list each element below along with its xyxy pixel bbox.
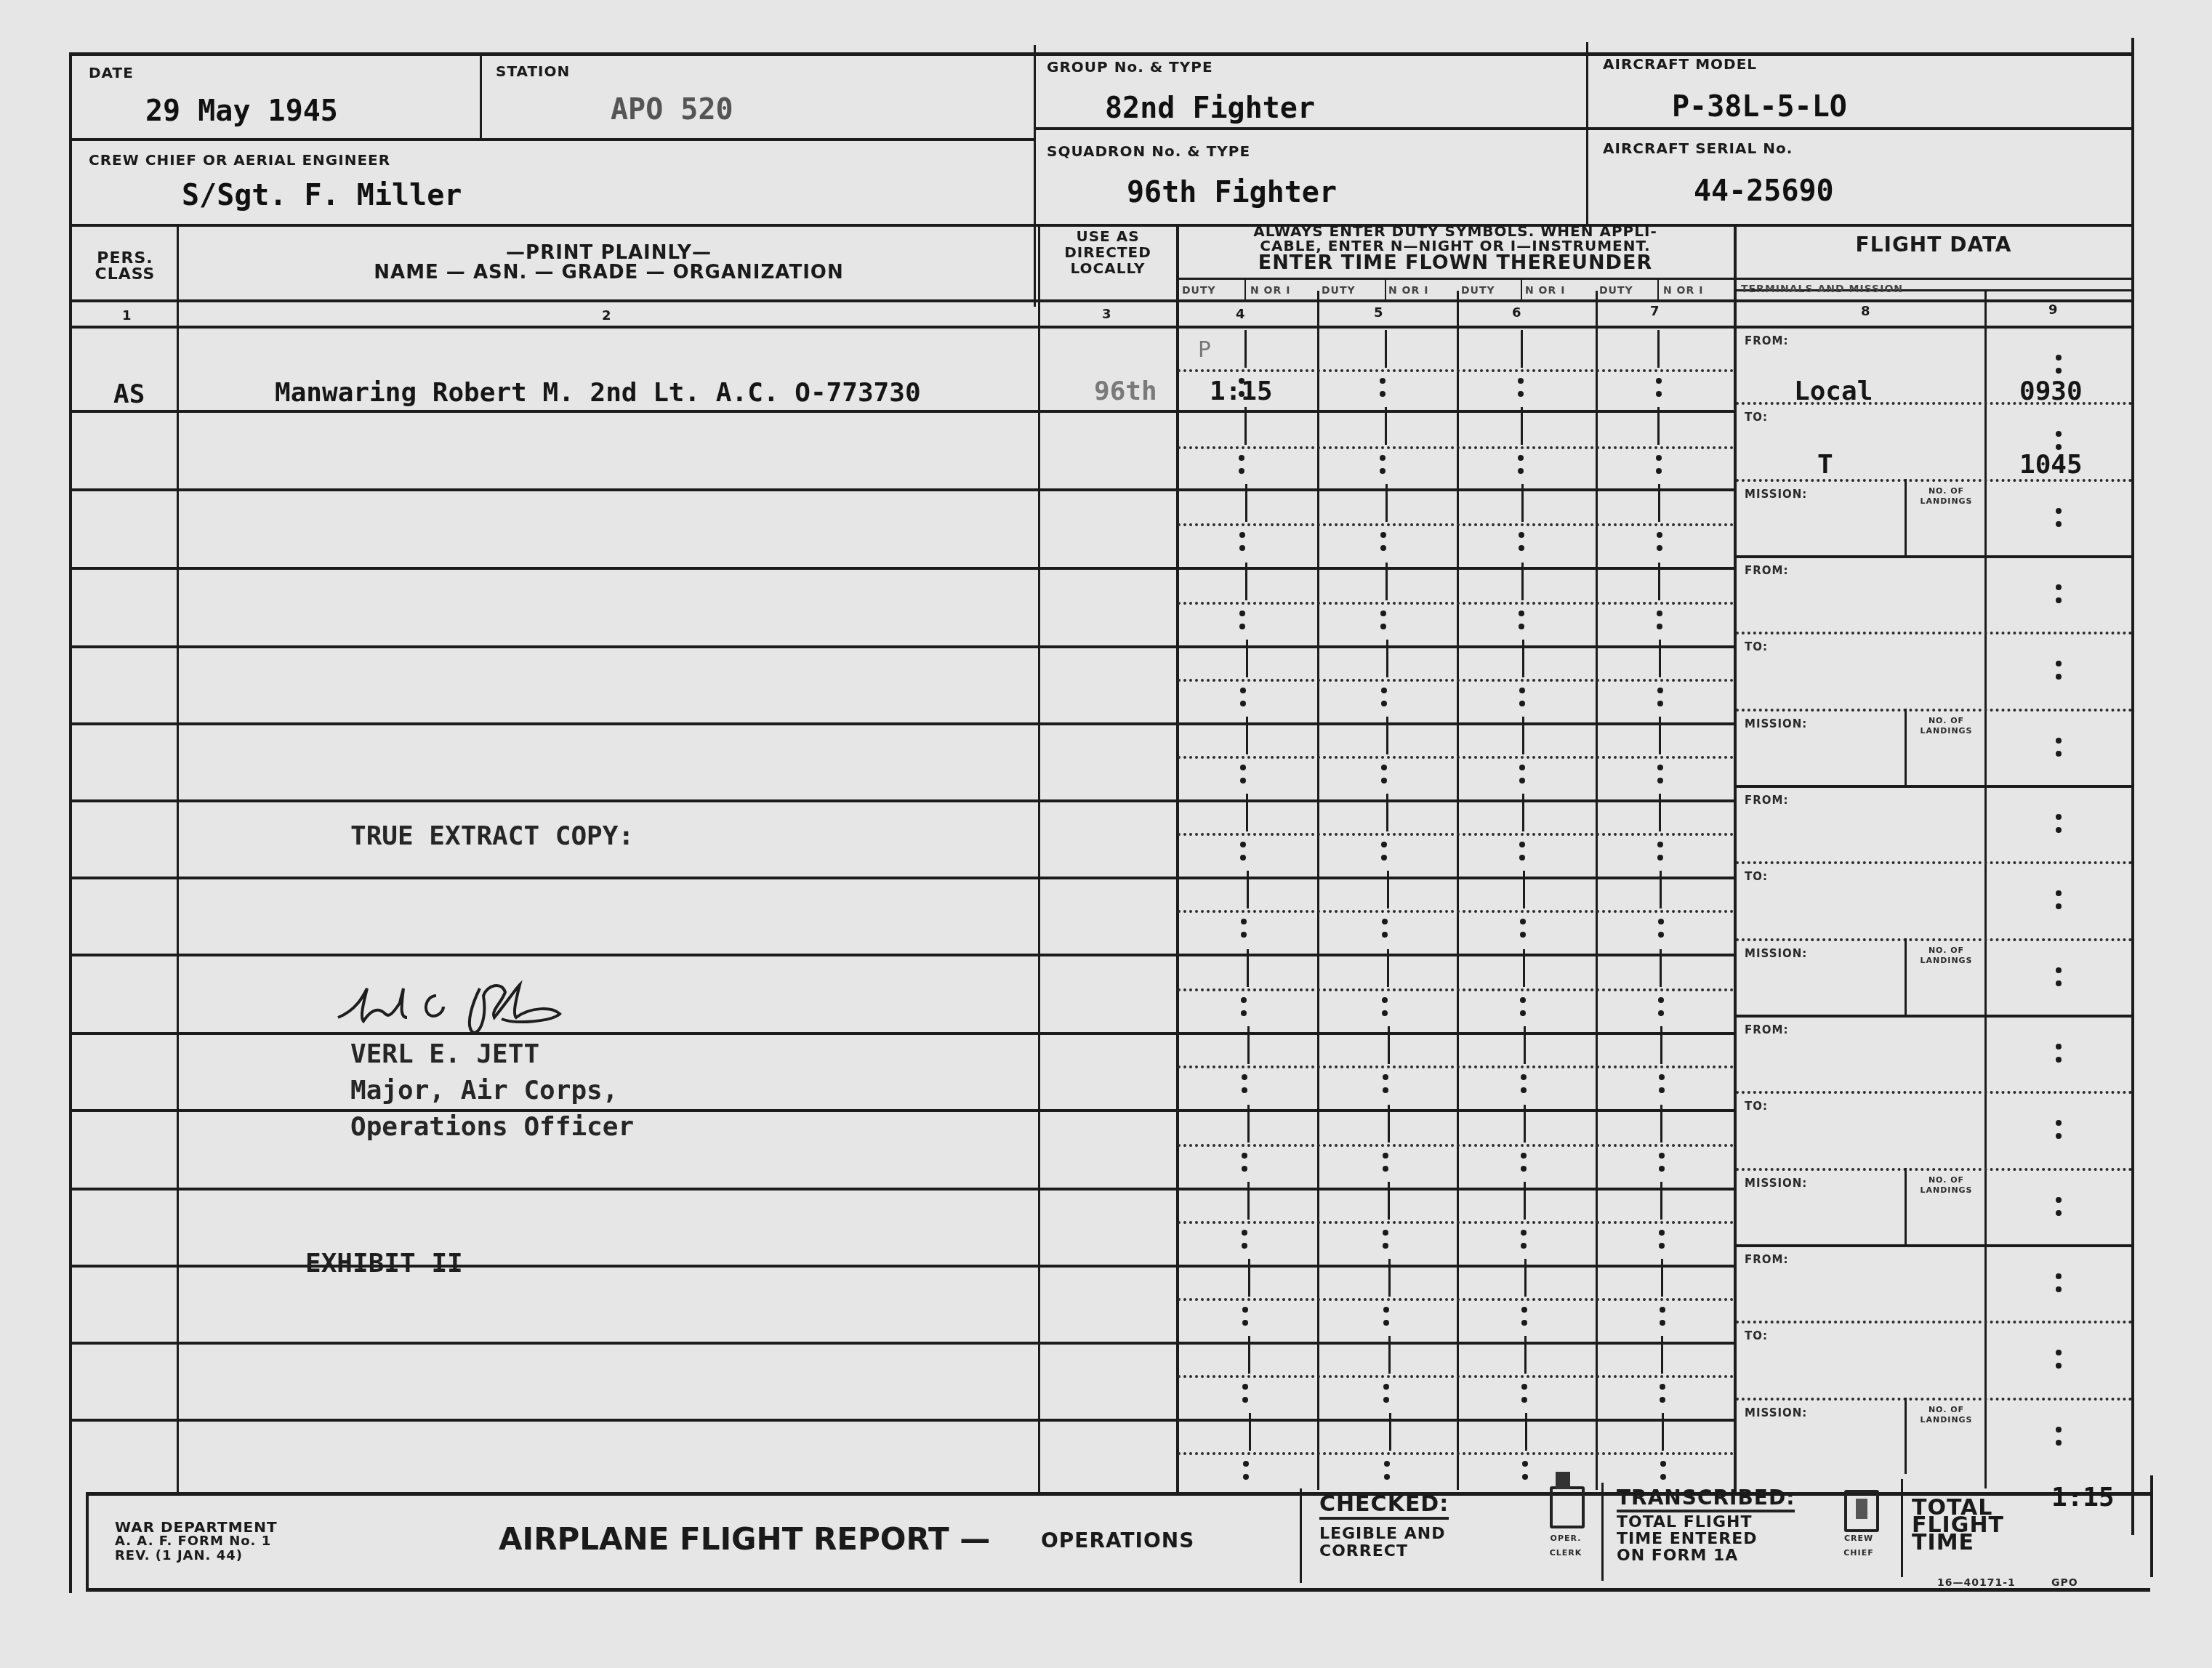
col-divider-2 — [1038, 224, 1040, 1496]
duty-instructions-3: ENTER TIME FLOWN THEREUNDER — [1179, 251, 1732, 274]
divider — [69, 224, 2133, 227]
duty-subdivider — [1659, 794, 1661, 831]
signature — [334, 974, 698, 1047]
dept-line-3: REV. (1 JAN. 44) — [115, 1548, 243, 1563]
col-number-2: 2 — [602, 308, 611, 323]
row-line — [69, 567, 1734, 570]
duty-subdivider — [1388, 1105, 1390, 1143]
duty-subheader-6: DUTY — [1461, 285, 1495, 297]
squadron-label: SQUADRON No. & TYPE — [1047, 142, 1250, 160]
duty-subdivider — [1247, 1182, 1250, 1220]
duty-subdivider — [1247, 949, 1249, 987]
from-time-field[interactable]: 0930 — [2019, 376, 2083, 406]
dotted-line — [1178, 833, 1734, 836]
duty-subdivider — [1388, 1336, 1391, 1374]
duty-subdivider — [1523, 949, 1525, 987]
landings-label: NO. OF LANDINGS — [1908, 946, 1984, 966]
duty-subdivider — [1248, 1336, 1250, 1374]
date-label: DATE — [89, 64, 134, 81]
row-line — [69, 1342, 1734, 1345]
row-line — [69, 722, 1734, 725]
dotted-line — [1178, 988, 1734, 991]
duty-subdivider — [1524, 1259, 1527, 1297]
duty-subdivider — [1246, 794, 1248, 831]
col-number-5: 5 — [1374, 305, 1383, 321]
dotted-line — [1178, 756, 1734, 759]
gpo-mark: GPO — [2051, 1577, 2078, 1589]
duty-subheader-7: DUTY — [1599, 285, 1633, 297]
to-label: TO: — [1745, 640, 1768, 653]
col-divider-6 — [1596, 291, 1598, 1490]
time-cell[interactable]: 1:15 — [1210, 376, 1273, 406]
duty-subdivider — [1245, 563, 1247, 600]
duty-subheader-4: DUTY — [1182, 285, 1216, 297]
leg-divider — [1734, 555, 2133, 558]
divider — [1601, 1483, 1604, 1581]
print-code: 16—40171-1 — [1937, 1577, 2016, 1589]
transcribed-line-1: TOTAL FLIGHT — [1617, 1513, 1752, 1531]
col-number-1: 1 — [122, 308, 132, 323]
duty-subdivider — [1386, 640, 1388, 677]
duty-subdivider — [1660, 1026, 1662, 1064]
duty-subdivider — [1385, 563, 1388, 600]
mission-label: MISSION: — [1745, 947, 1807, 960]
exhibit-label: EXHIBIT II — [305, 1249, 463, 1278]
duty-subdivider — [1521, 563, 1524, 600]
footer-top-line — [86, 1492, 2150, 1496]
station-field[interactable]: APO 520 — [611, 93, 733, 126]
duty-subdivider — [1388, 1026, 1390, 1064]
landings-label: NO. OF LANDINGS — [1908, 1175, 1984, 1196]
duty-subdivider — [1521, 407, 1523, 445]
row-line — [69, 1109, 1734, 1112]
checked-line-2: CORRECT — [1319, 1542, 1408, 1560]
dotted-line — [1178, 446, 1734, 449]
duty-subdivider — [1247, 871, 1249, 908]
name-header: NAME — ASN. — GRADE — ORGANIZATION — [182, 262, 1036, 283]
row-line — [69, 1032, 1734, 1035]
divider — [1657, 279, 1659, 299]
duty-subdivider — [1246, 717, 1248, 754]
n-or-i-subheader-6: N OR I — [1525, 285, 1565, 297]
name-cell[interactable]: Manwaring Robert M. 2nd Lt. A.C. O-77373… — [275, 378, 921, 408]
row-line — [69, 954, 1734, 956]
from-label: FROM: — [1745, 794, 1788, 807]
aircraft-serial-field[interactable]: 44-25690 — [1694, 174, 1834, 208]
duty-subdivider — [1662, 1413, 1664, 1451]
ink-mark — [1556, 1472, 1570, 1489]
group-label: GROUP No. & TYPE — [1047, 58, 1213, 76]
duty-subdivider — [1524, 1026, 1526, 1064]
aircraft-model-field[interactable]: P-38L-5-LO — [1672, 90, 1847, 124]
duty-subdivider — [1385, 330, 1387, 368]
duty-subdivider — [1388, 1182, 1390, 1220]
dept-line-2: A. A. F. FORM No. 1 — [115, 1534, 271, 1549]
divider — [1901, 1479, 1903, 1577]
to-label: TO: — [1745, 1100, 1768, 1113]
divider — [69, 299, 2133, 302]
oper-clerk-label-2: CLERK — [1541, 1548, 1590, 1558]
dept-line-1: WAR DEPARTMENT — [115, 1519, 278, 1535]
from-label: FROM: — [1745, 1023, 1788, 1036]
print-plainly-header: —PRINT PLAINLY— — [182, 242, 1036, 264]
frame-bottom — [86, 1588, 2150, 1592]
dotted-line — [1178, 910, 1734, 913]
dotted-line — [1178, 1375, 1734, 1378]
signer-name: VERL E. JETT — [350, 1039, 539, 1069]
aircraft-model-label: AIRCRAFT MODEL — [1603, 55, 1757, 73]
terminals-mission-subheader: TERMINALS AND MISSION — [1741, 283, 1903, 295]
frame-top — [69, 52, 2133, 56]
duty-subdivider — [1386, 717, 1388, 754]
col-number-7: 7 — [1650, 304, 1660, 319]
duty-subdivider — [1661, 1259, 1663, 1297]
dotted-line — [1736, 938, 2132, 941]
row-line — [69, 1419, 1734, 1422]
duty-subdivider — [1525, 1413, 1527, 1451]
dotted-line — [1736, 1321, 2132, 1323]
duty-subdivider — [1387, 871, 1389, 908]
divider — [480, 52, 482, 140]
duty-subdivider — [1522, 640, 1524, 677]
divider — [1586, 42, 1588, 224]
dotted-line — [1736, 632, 2132, 634]
duty-subdivider — [1659, 640, 1661, 677]
signer-title: Operations Officer — [350, 1112, 634, 1142]
crew-chief-checkbox[interactable] — [1844, 1490, 1879, 1532]
duty-subdivider — [1660, 949, 1662, 987]
checked-line-1: LEGIBLE AND — [1319, 1525, 1445, 1543]
leg-divider — [1734, 1244, 2133, 1247]
duty-subdivider — [1524, 1182, 1526, 1220]
duty-subdivider — [1245, 484, 1247, 522]
duty-subheader-5: DUTY — [1322, 285, 1356, 297]
leg-divider — [1734, 1015, 2133, 1018]
col-divider-1 — [177, 224, 179, 1496]
col-divider-5 — [1457, 291, 1459, 1490]
col-divider-4 — [1317, 291, 1319, 1490]
transcribed-title: TRANSCRIBED: — [1617, 1486, 1795, 1512]
duty-subdivider — [1249, 1413, 1251, 1451]
dotted-line — [1178, 1221, 1734, 1224]
duty-subdivider — [1388, 1259, 1391, 1297]
duty-subdivider — [1522, 794, 1524, 831]
duty-subdivider — [1524, 1105, 1526, 1143]
to-field[interactable]: T — [1817, 450, 1833, 480]
duty-subdivider — [1387, 949, 1389, 987]
divider — [1385, 279, 1386, 299]
check-mark-icon — [1856, 1499, 1867, 1519]
duty-subdivider — [1385, 407, 1387, 445]
dotted-line — [1178, 369, 1734, 372]
duty-subdivider — [1521, 330, 1523, 368]
duty-subdivider — [1385, 484, 1388, 522]
col-number-8: 8 — [1861, 304, 1870, 319]
duty-subdivider — [1657, 407, 1660, 445]
duty-subdivider — [1659, 717, 1661, 754]
col-number-6: 6 — [1512, 305, 1521, 321]
use-locally-cell[interactable]: 96th — [1094, 376, 1157, 406]
true-extract-copy-text: TRUE EXTRACT COPY: — [350, 821, 634, 851]
n-or-i-subheader-4: N OR I — [1250, 285, 1290, 297]
row-line — [69, 645, 1734, 648]
duty-subdivider — [1658, 563, 1660, 600]
dotted-line — [1178, 1065, 1734, 1068]
duty-subdivider — [1247, 1026, 1250, 1064]
oper-clerk-label-1: OPER. — [1541, 1534, 1590, 1544]
crew-chief-label-1: CREW — [1833, 1534, 1884, 1544]
to-label: TO: — [1745, 1329, 1768, 1342]
date-field[interactable]: 29 May 1945 — [145, 94, 338, 128]
col-divider-8 — [1984, 289, 1987, 1488]
dotted-line — [1178, 1144, 1734, 1147]
leg-divider — [1734, 785, 2133, 788]
duty-subdivider — [1660, 1182, 1662, 1220]
duty-subdivider — [1523, 871, 1525, 908]
mission-label: MISSION: — [1745, 1177, 1807, 1190]
duty-subdivider — [1657, 330, 1660, 368]
divider — [1905, 479, 1907, 555]
aircraft-serial-label: AIRCRAFT SERIAL No. — [1603, 140, 1793, 157]
duty-cell[interactable]: P — [1198, 337, 1211, 363]
duty-subdivider — [1246, 640, 1248, 677]
signer-rank: Major, Air Corps, — [350, 1076, 618, 1105]
divider — [2150, 1475, 2153, 1577]
dotted-line — [1178, 523, 1734, 526]
crew-chief-label: CREW CHIEF OR AERIAL ENGINEER — [89, 151, 390, 169]
divider — [1905, 1168, 1907, 1244]
row-line — [69, 1188, 1734, 1190]
duty-subdivider — [1521, 484, 1524, 522]
divider — [1905, 709, 1907, 785]
checked-title: CHECKED: — [1319, 1491, 1449, 1520]
duty-subdivider — [1386, 794, 1388, 831]
divider — [1905, 1398, 1907, 1474]
divider — [1244, 279, 1246, 299]
to-label: TO: — [1745, 411, 1768, 424]
duty-subdivider — [1244, 407, 1247, 445]
row-line — [69, 799, 1734, 802]
frame-left — [69, 52, 72, 1593]
mission-label: MISSION: — [1745, 1406, 1807, 1419]
duty-subdivider — [1244, 330, 1247, 368]
transcribed-line-3: ON FORM 1A — [1617, 1547, 1738, 1565]
row-line — [69, 410, 1734, 413]
to-time-field[interactable]: 1045 — [2019, 450, 2083, 480]
divider — [1036, 127, 2133, 130]
duty-subdivider — [1389, 1413, 1391, 1451]
divider — [1176, 278, 2133, 280]
duty-subdivider — [1658, 484, 1660, 522]
form-subtitle: OPERATIONS — [1041, 1528, 1194, 1552]
dotted-line — [1736, 1168, 2132, 1171]
crew-chief-label-2: CHIEF — [1833, 1548, 1884, 1558]
duty-subdivider — [1524, 1336, 1527, 1374]
flight-data-header: FLIGHT DATA — [1737, 233, 2130, 257]
dotted-line — [1178, 679, 1734, 682]
dotted-line — [1736, 709, 2132, 712]
duty-subdivider — [1522, 717, 1524, 754]
oper-clerk-checkbox[interactable] — [1550, 1486, 1585, 1528]
divider — [1300, 1488, 1302, 1583]
group-field[interactable]: 82nd Fighter — [1105, 92, 1315, 125]
mission-label: MISSION: — [1745, 488, 1807, 501]
pers-class-cell[interactable]: AS — [113, 379, 145, 409]
col-divider-7 — [1734, 224, 1737, 1492]
divider — [69, 326, 2133, 329]
dotted-line — [1178, 1452, 1734, 1455]
crew-chief-field[interactable]: S/Sgt. F. Miller — [182, 179, 462, 212]
divider — [1905, 938, 1907, 1015]
squadron-field[interactable]: 96th Fighter — [1127, 176, 1337, 209]
total-flight-time-value[interactable]: 1:15 — [2051, 1483, 2115, 1512]
dotted-line — [1178, 1298, 1734, 1301]
transcribed-line-2: TIME ENTERED — [1617, 1530, 1757, 1548]
from-label: FROM: — [1745, 334, 1788, 347]
duty-subdivider — [1247, 1105, 1250, 1143]
total-label-3: TIME — [1912, 1532, 1974, 1554]
landings-label: NO. OF LANDINGS — [1908, 1405, 1984, 1425]
mission-label: MISSION: — [1745, 717, 1807, 730]
col-number-9: 9 — [2048, 302, 2058, 318]
dotted-line — [1178, 602, 1734, 605]
use-locally-header: USE AS DIRECTED LOCALLY — [1041, 228, 1175, 276]
landings-label: NO. OF LANDINGS — [1908, 486, 1984, 507]
row-line — [69, 488, 1734, 491]
dotted-line — [1736, 1398, 2132, 1401]
duty-subdivider — [1660, 1105, 1662, 1143]
divider — [1521, 279, 1522, 299]
landings-label: NO. OF LANDINGS — [1908, 716, 1984, 736]
dotted-line — [1736, 861, 2132, 864]
row-line — [69, 877, 1734, 879]
col-number-4: 4 — [1236, 307, 1245, 322]
to-label: TO: — [1745, 870, 1768, 883]
footer-left — [86, 1492, 89, 1592]
from-label: FROM: — [1745, 564, 1788, 577]
n-or-i-subheader-5: N OR I — [1388, 285, 1428, 297]
station-label: STATION — [496, 63, 570, 80]
duty-subdivider — [1248, 1259, 1250, 1297]
dotted-line — [1736, 1091, 2132, 1094]
pers-class-header: PERS. CLASS — [74, 251, 176, 283]
duty-subdivider — [1661, 1336, 1663, 1374]
form-title: AIRPLANE FLIGHT REPORT — — [499, 1521, 990, 1557]
n-or-i-subheader-7: N OR I — [1663, 285, 1703, 297]
col-divider-3 — [1176, 224, 1179, 1492]
duty-subdivider — [1660, 871, 1662, 908]
from-label: FROM: — [1745, 1253, 1788, 1266]
divider — [69, 138, 1036, 141]
col-number-3: 3 — [1102, 307, 1111, 322]
from-field[interactable]: Local — [1794, 376, 1873, 406]
